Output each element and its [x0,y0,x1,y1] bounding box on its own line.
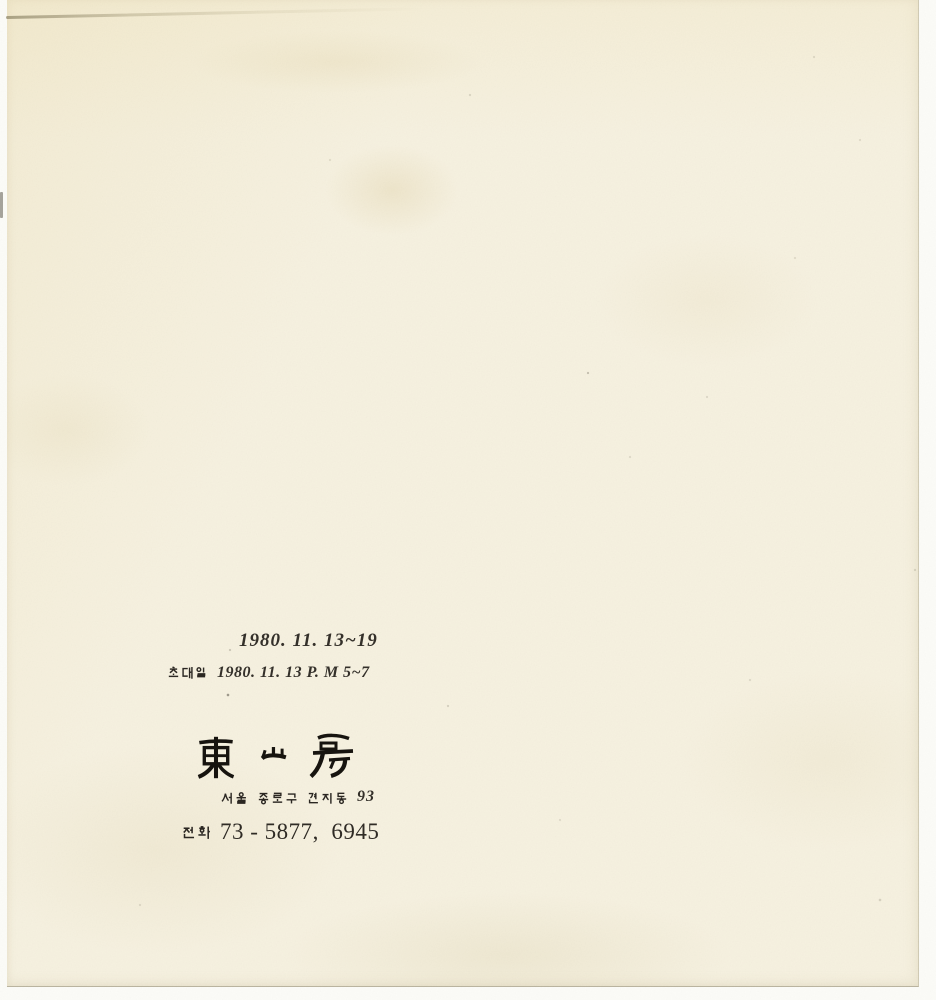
exhibition-date-range-text: 1980. 11. 13~19 [239,630,378,651]
hangul-jong-glyph [257,791,270,806]
hangul-il-glyph [195,665,208,681]
hangul-gu-glyph [285,791,298,806]
edge-pen-tick [0,192,3,218]
scanned-catalog-back-cover: 1980. 11. 13~19 초대일 1980. 11. 13 P. M 5~… [0,0,936,1000]
hanzi-bang-glyph [305,731,361,781]
exhibition-date-range: 1980. 11. 13~19 [239,629,378,653]
hangul-jeon-glyph [182,825,196,841]
hangul-ji-glyph [321,791,334,806]
phone-line: 전화 73 - 5877, 6945 [182,819,379,845]
invitation-line: 초대일 1980. 11. 13 P. M 5~7 [167,663,370,684]
address-number: 93 [357,789,375,806]
invitation-label-hangul [167,665,208,681]
hangul-ul-glyph [235,791,248,806]
phone-label-hangul [182,823,211,841]
hangul-word-seoul [221,791,248,806]
hangul-word-jongno-gu [257,791,298,806]
hangul-cho-glyph [167,665,180,681]
paper-sheet [7,0,919,987]
hanzi-dong-glyph [191,735,241,780]
hangul-gyeon-glyph [307,791,320,806]
hanzi-san-glyph [251,740,297,767]
hangul-hwa-glyph [197,825,211,841]
gallery-name-text: 東山房 [0,0,1,1]
address-line: 서울 종로구 견지동 93 93 [221,789,375,806]
hangul-dae-glyph [181,665,194,681]
phone-numbers: 73 - 5877, 6945 [220,819,379,845]
hangul-ro-glyph [271,791,284,806]
invitation-datetime: 1980. 11. 13 P. M 5~7 [217,663,370,684]
hangul-word-gyeonji-dong [307,791,348,806]
paper-stains [7,0,918,986]
hangul-dong2-glyph [335,791,348,806]
hangul-seo-glyph [221,791,234,806]
